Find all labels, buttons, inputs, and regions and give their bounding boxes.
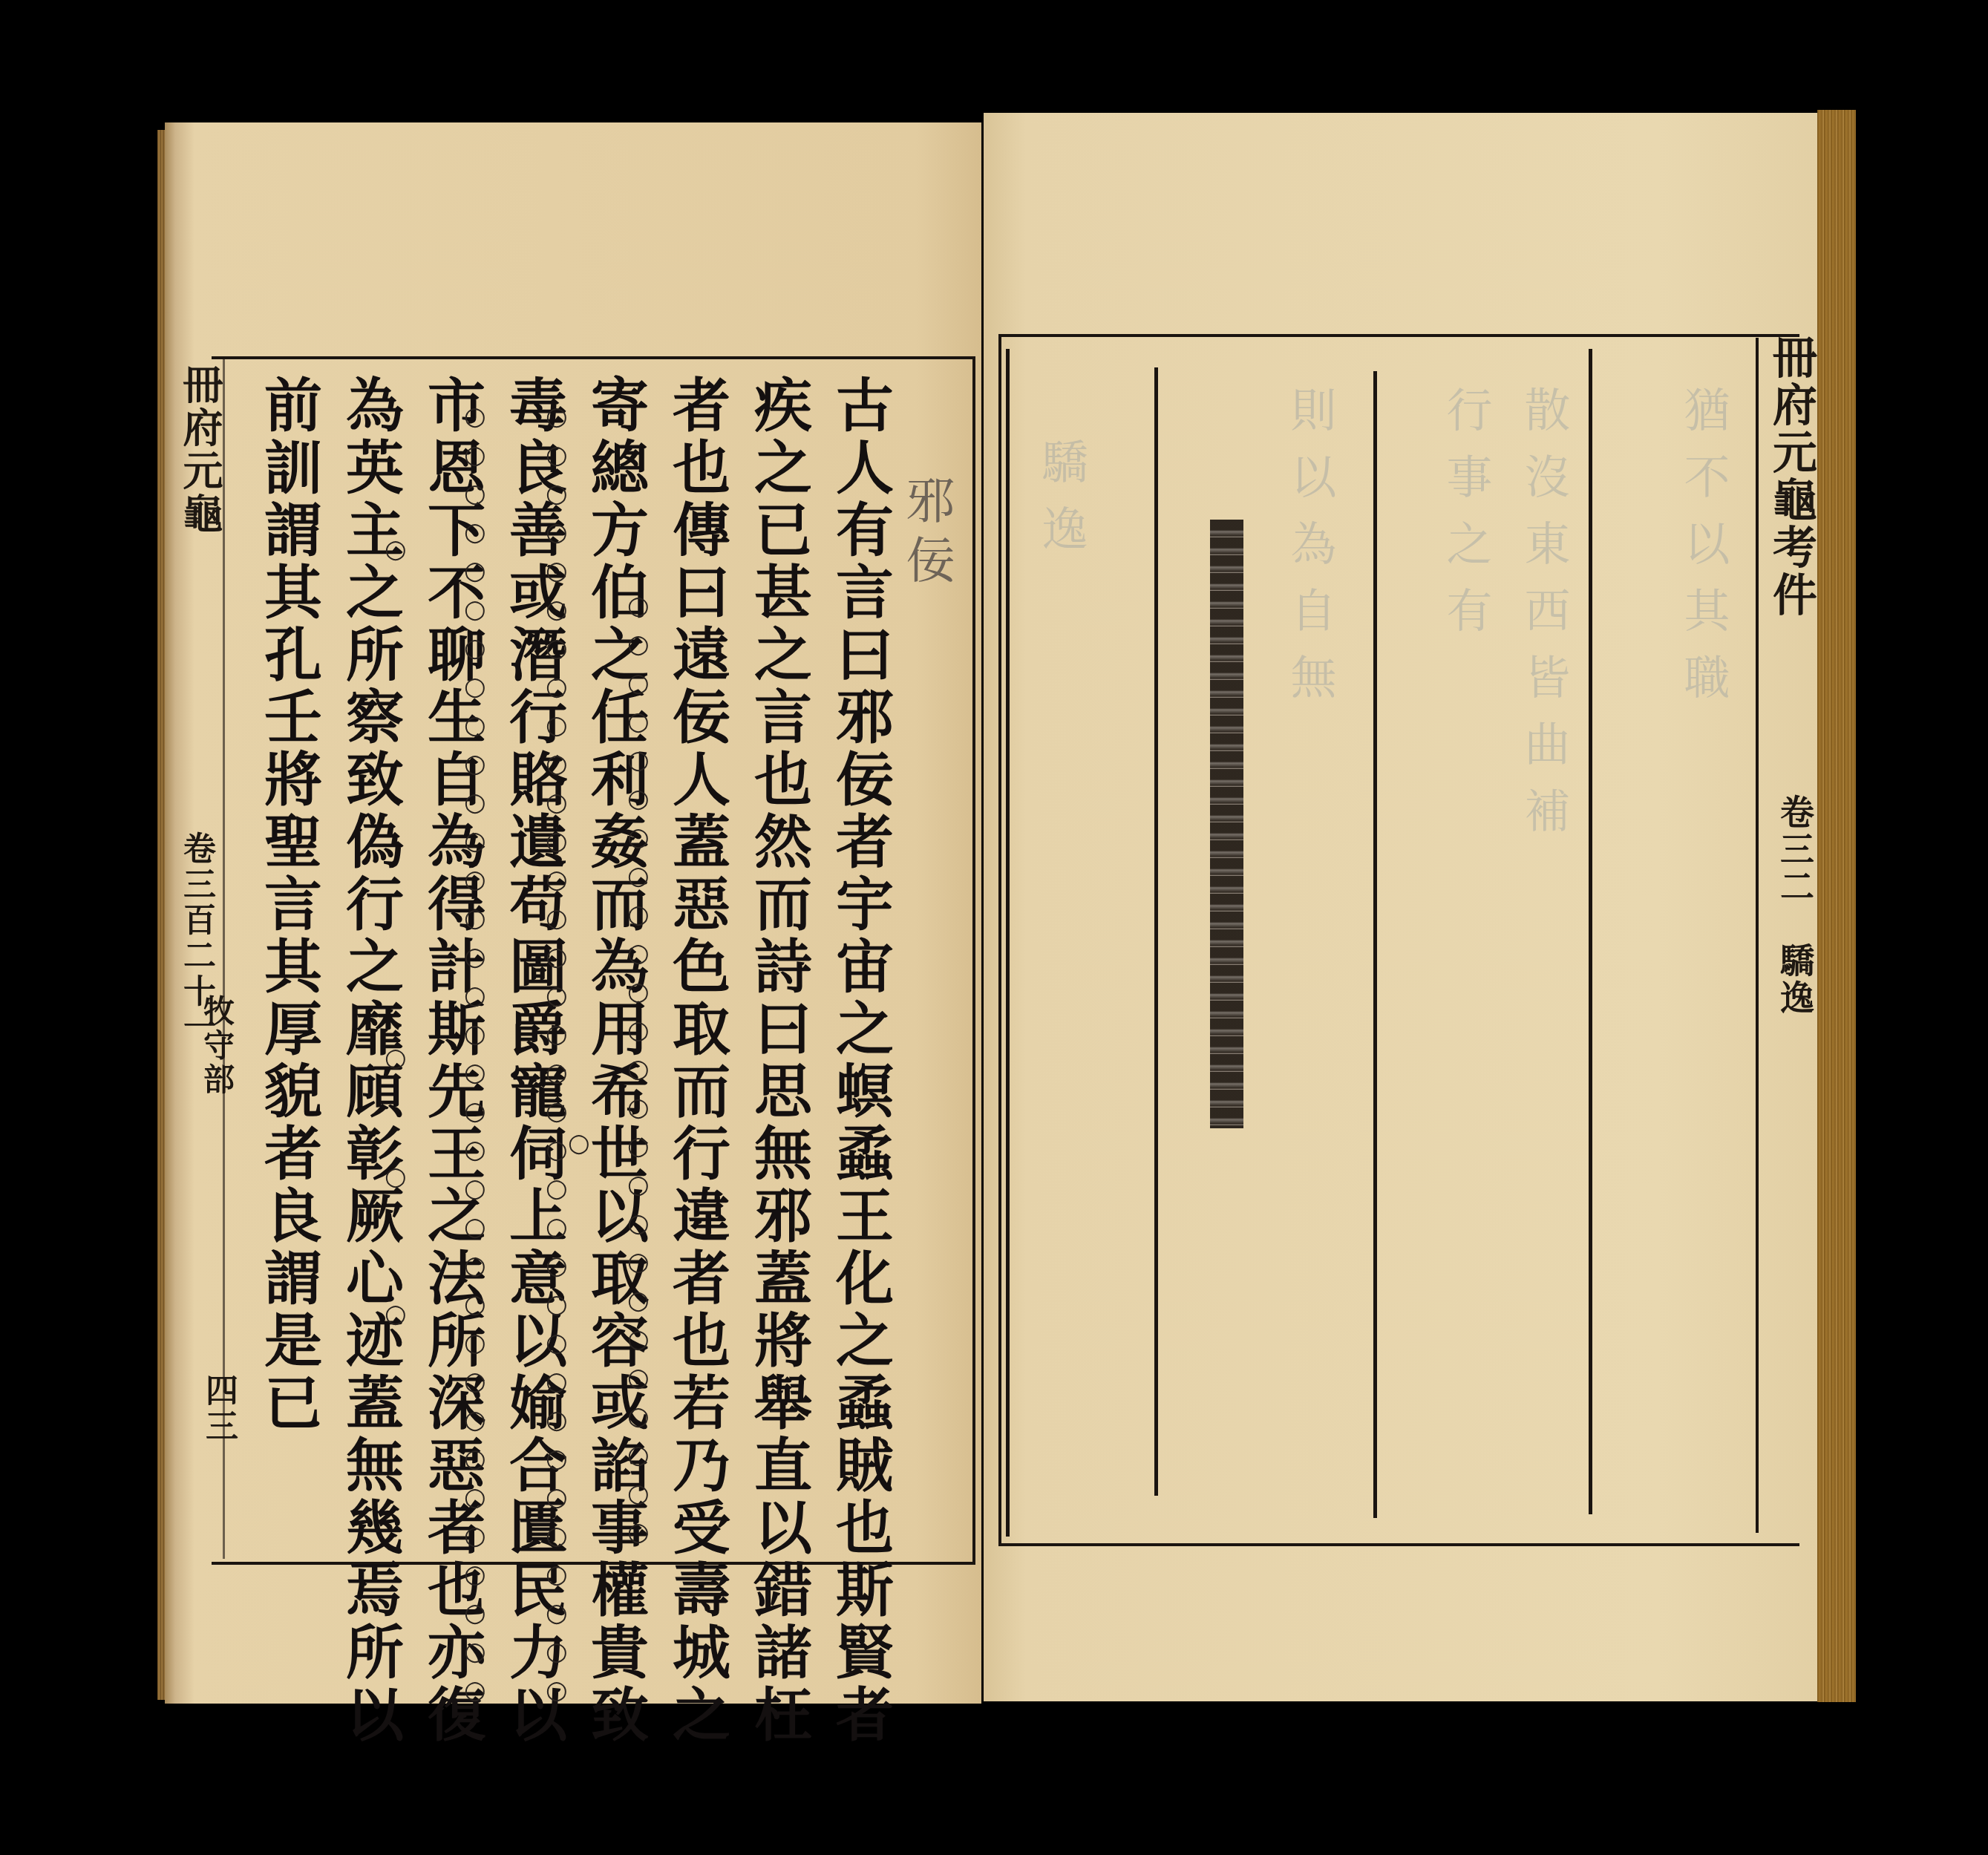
- ruled-line: [1373, 371, 1377, 1518]
- section-title: 邪佞: [891, 475, 961, 594]
- text-column-2: 疾之已甚之言也然而詩曰思無邪蓋將舉直以錯諸枉: [741, 375, 815, 1747]
- bleed-through-text: 散沒東西皆曲補: [1511, 386, 1577, 854]
- left-margin-book-title: 冊府元龜: [172, 364, 229, 536]
- ink-smudge: [1210, 520, 1243, 1128]
- ruled-line: [1589, 349, 1592, 1514]
- right-margin-book-title: 冊府元龜考件: [1759, 334, 1823, 619]
- ruled-line: [1154, 367, 1158, 1496]
- ruled-line: [1006, 349, 1010, 1537]
- text-column-3: 者也傳曰遠佞人蓋惡色取而行違者也若乃受壽城之: [659, 375, 733, 1747]
- text-column-8: 前訓謂其孔壬將聖言其厚貌者良謂是已: [251, 375, 325, 1435]
- bleed-through-text: 行事之有: [1433, 386, 1499, 653]
- bleed-through-text: 猶不以其職: [1670, 386, 1736, 720]
- left-margin-page-number: 四三: [194, 1373, 242, 1445]
- bleed-through-text: 則以為自無: [1277, 386, 1343, 720]
- right-margin-volume: 卷三二: [1770, 794, 1819, 906]
- left-margin-rule: [223, 356, 225, 1559]
- text-column-1: 古人有言曰邪佞者宇宙之螟蟊王化之蟊賊也斯賢者: [823, 375, 897, 1747]
- bleed-through-text: 驕逸: [1028, 438, 1094, 572]
- left-margin-category: 牧守部: [194, 995, 239, 1097]
- right-margin-rule: [1756, 338, 1759, 1533]
- right-margin-category: 驕逸: [1770, 943, 1819, 1017]
